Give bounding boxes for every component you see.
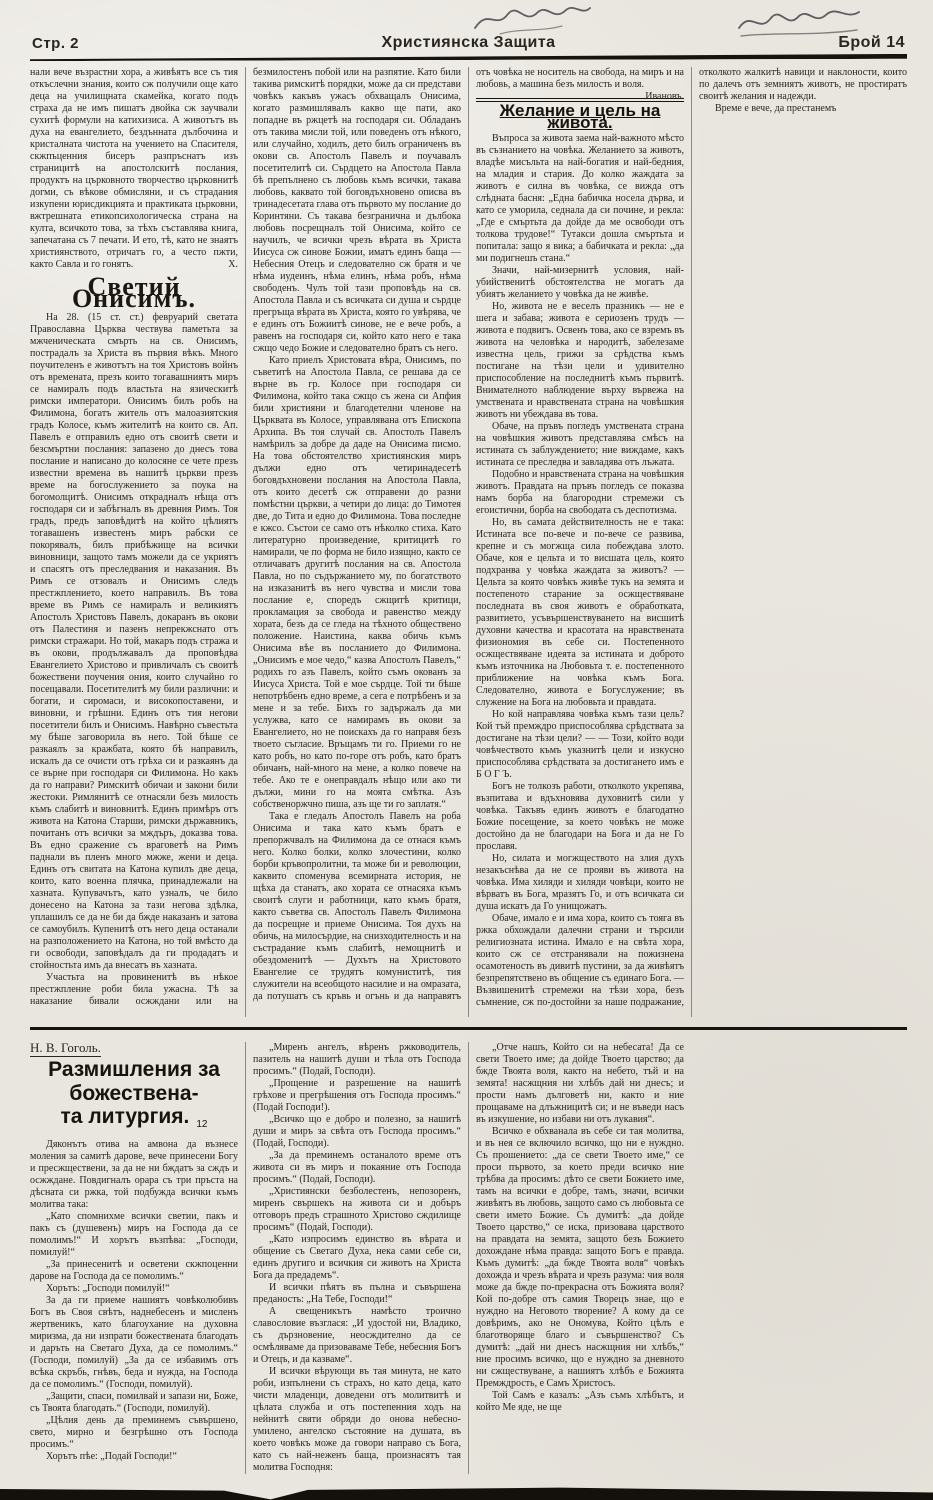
article-paragraph: нали вече възрастни хора, а живѣятъ все …: [30, 67, 238, 271]
article-paragraph: Но, живота не е веселъ празникъ — не е ш…: [476, 301, 684, 421]
article-paragraph: Хорътъ: „Господи помилуй!“: [30, 1283, 238, 1295]
page-number-label: Стр. 2: [32, 35, 192, 52]
article-paragraph: Дяконътъ отива на амвона да възнесе моле…: [30, 1139, 238, 1211]
article-paragraph: „Християнски безболестенъ, непозоренъ, м…: [253, 1186, 461, 1234]
article-signature: Х.: [218, 259, 238, 271]
article-paragraph: Той Самъ е казалъ: „Азъ съмъ хлѣбътъ, и …: [476, 1390, 684, 1414]
article-author: Н. В. Гоголь.: [30, 1042, 238, 1054]
article-paragraph: Хорътъ пѣе: „Подай Господи!“: [30, 1451, 238, 1463]
article-paragraph: „Защити, спаси, помилвай и запази ни, Бо…: [30, 1391, 238, 1415]
paragraph-text: нали вече възрастни хора, а живѣятъ все …: [30, 67, 238, 270]
section-divider-rule: [30, 1027, 907, 1030]
masthead: Християнска Защита: [192, 34, 745, 52]
newspaper-page: Стр. 2 Християнска Защита Брой 14 нали в…: [0, 0, 933, 1500]
article-paragraph: И всички пѣятъ въ пълна и съвършена пред…: [253, 1282, 461, 1306]
article-title-sveti-onisim: Светий Онисимъ.: [30, 281, 238, 305]
article-title-liturgia: Размишления за божествена- та литургия.1…: [30, 1058, 238, 1130]
article-paragraph: За да ги приеме нашиятъ човѣколюбивъ Бог…: [30, 1295, 238, 1391]
article-paragraph: Но кой направлява човѣка къмъ тази цель?…: [476, 709, 684, 781]
title-line-1: Размишления за божествена-: [48, 1058, 220, 1105]
author-name: Н. В. Гоголь.: [30, 1042, 101, 1057]
article-paragraph: Значи, най-мизернитѣ условия, най-убийст…: [476, 265, 684, 301]
article-paragraph: „За да преминемъ останалото време отъ жи…: [253, 1150, 461, 1186]
article-paragraph: „Миренъ ангелъ, вѣренъ ржководитель, паз…: [253, 1042, 461, 1078]
handwriting-mark: [470, 0, 595, 40]
title-line-2: та литургия.: [61, 1105, 190, 1128]
article-paragraph: „Прощение и разрешение на нашитѣ грѣхове…: [253, 1078, 461, 1114]
article-paragraph: Като приелъ Христовата вѣра, Онисимъ, по…: [253, 355, 461, 811]
article-paragraph: Време е вече, да престанемъ: [699, 103, 907, 115]
handwriting-mark: [735, 6, 865, 44]
article-paragraph: Обаче, на пръвъ погледъ умствената стран…: [476, 421, 684, 469]
article-paragraph: Всичко е обхванала въ себе си тая молитв…: [476, 1126, 684, 1390]
article-paragraph: „Всичко що е добро и полезно, за нашитѣ …: [253, 1114, 461, 1150]
article-paragraph: „Като изпросимъ единство въ вѣрата и общ…: [253, 1234, 461, 1282]
article-paragraph: И всички вѣрующи въ тая минута, не като …: [253, 1366, 461, 1474]
article-paragraph: Подобно и нравствената страна на човѣшки…: [476, 469, 684, 517]
article-paragraph: А свещеникътъ намѣсто троично славослови…: [253, 1306, 461, 1366]
article-paragraph: Но, силата и могжществото на злия духъ н…: [476, 853, 684, 913]
article-paragraph: „Цѣлия день да преминемъ съвършено, свет…: [30, 1415, 238, 1451]
lower-columns: Н. В. Гоголь. Размишления за божествена-…: [30, 1042, 907, 1474]
part-number: 12: [196, 1119, 207, 1130]
article-title-zhelanie-i-tsel: Желание и цель на живота.: [476, 98, 684, 129]
article-paragraph: „Като спомнихме всички светии, пакъ и па…: [30, 1211, 238, 1259]
article-paragraph: Въпроса за живота заема най-важното мѣст…: [476, 133, 684, 265]
article-paragraph: На 28. (15 ст. ст.) февруарий светата Пр…: [30, 312, 238, 972]
page-bottom-scan-edge: [0, 1487, 933, 1500]
article-paragraph: „Отче нашъ, Който си на небесата! Да се …: [476, 1042, 684, 1126]
article-paragraph: Богъ не толкозъ работи, отколкото укрепя…: [476, 781, 684, 853]
article-paragraph: „За принесенитѣ и осветени скжпоценни да…: [30, 1259, 238, 1283]
upper-columns: нали вече възрастни хора, а живѣятъ все …: [30, 67, 907, 1017]
article-paragraph: Но, въ самата действителность не е така:…: [476, 517, 684, 709]
